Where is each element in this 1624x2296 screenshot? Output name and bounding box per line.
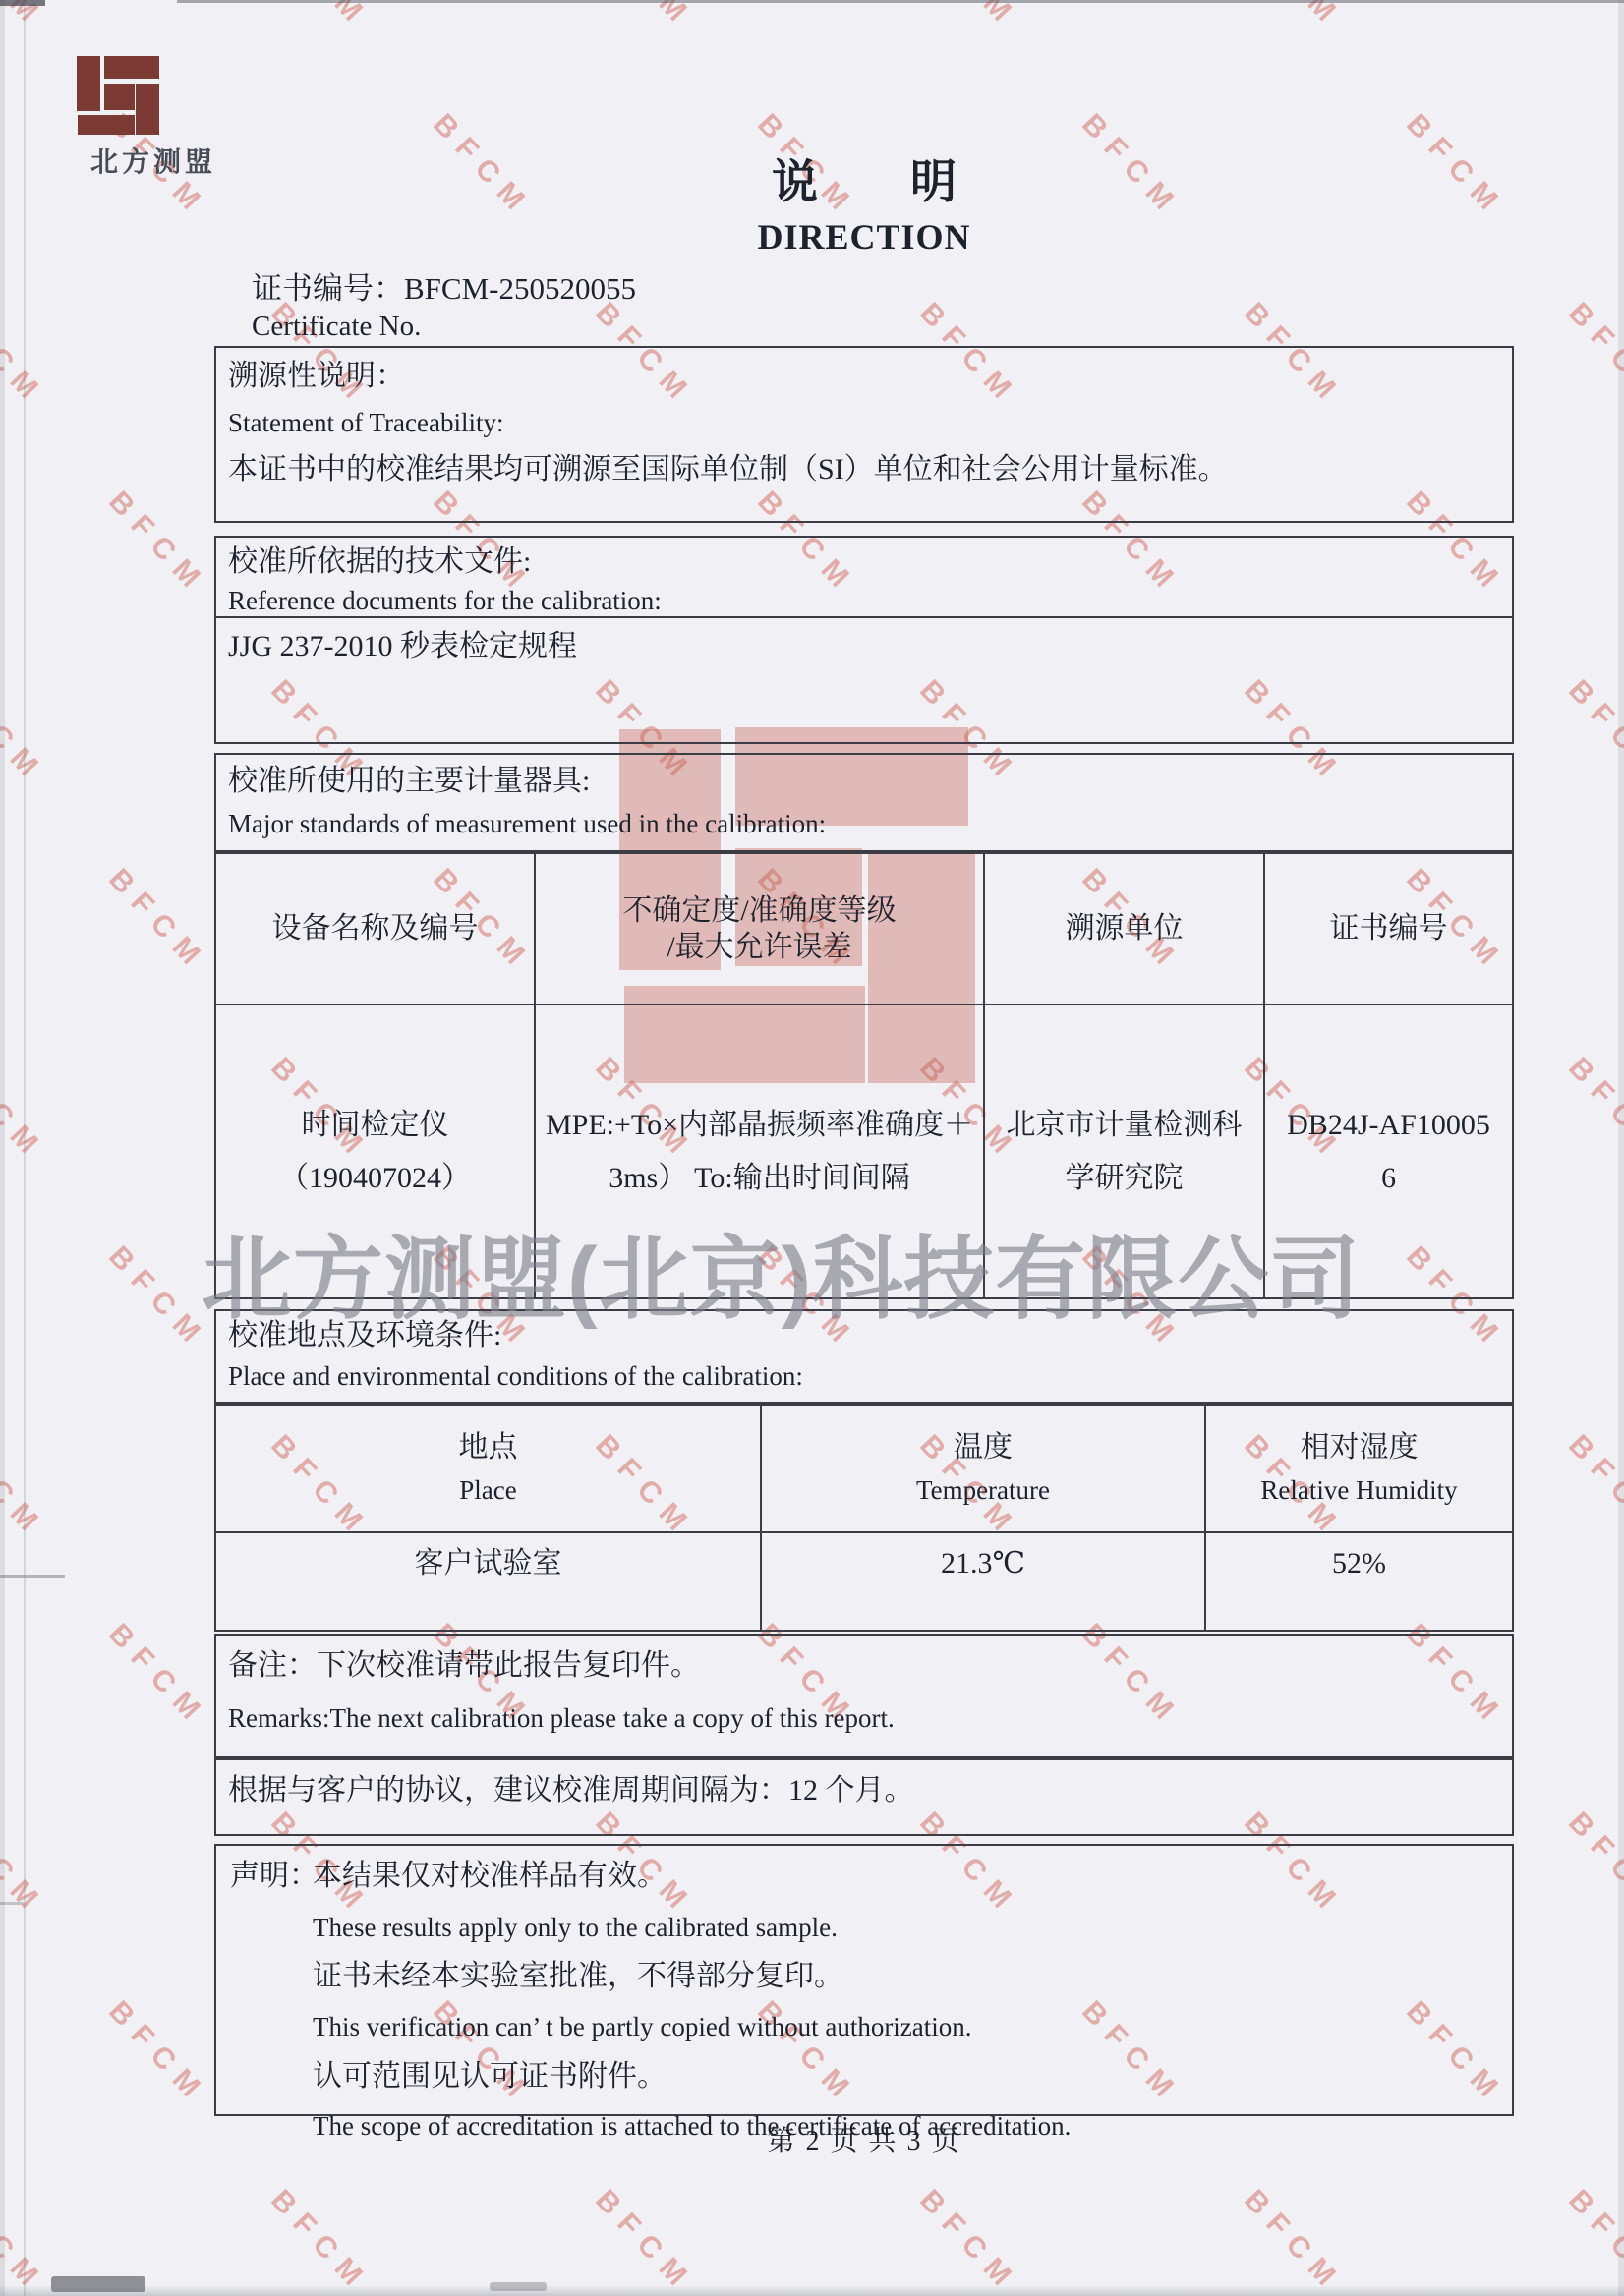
bfcm-stamp-watermark: BFCM xyxy=(1561,1429,1624,1546)
standards-table-header-row: 设备名称及编号 不确定度/准确度等级 /最大允许误差 溯源单位 证书编号 xyxy=(216,854,1512,1005)
agreement-line: 根据与客户的协议，建议校准周期间隔为：12 个月。 xyxy=(228,1772,1500,1809)
table-cell: 21.3℃ xyxy=(762,1533,1206,1632)
environment-header-cell: 地点 Place xyxy=(216,1406,762,1531)
scan-edge-artifact xyxy=(0,1575,65,1578)
bfcm-stamp-watermark: BFCM xyxy=(0,1807,51,1923)
reference-label-zh: 校准所依据的技术文件: xyxy=(228,544,1500,581)
reference-doc-box: JJG 237-2010 秒表检定规程 xyxy=(214,616,1514,744)
bfcm-stamp-watermark: BFCM xyxy=(101,1240,213,1357)
logo-mark-icon xyxy=(136,84,159,135)
bfcm-stamp-watermark: BFCM xyxy=(0,297,51,414)
bfcm-stamp-watermark: BFCM xyxy=(0,1052,51,1169)
bfcm-stamp-watermark: BFCM xyxy=(1237,0,1349,35)
traceability-section: 溯源性说明： Statement of Traceability: 本证书中的校… xyxy=(214,346,1514,523)
logo-mark-icon xyxy=(77,56,100,111)
bfcm-stamp-watermark: BFCM xyxy=(0,674,51,791)
bfcm-stamp-watermark: BFCM xyxy=(0,1429,51,1546)
declaration-section: 声明： 本结果仅对校准样品有效。 These results apply onl… xyxy=(214,1844,1514,2116)
scan-edge-artifact xyxy=(24,0,26,2296)
scan-edge-artifact xyxy=(177,0,1624,3)
standards-header-cell: 不确定度/准确度等级 /最大允许误差 xyxy=(536,854,985,1004)
bfcm-stamp-watermark: BFCM xyxy=(1561,297,1624,414)
bfcm-stamp-watermark: BFCM xyxy=(912,0,1024,35)
reference-label-en: Reference documents for the calibration: xyxy=(228,585,1500,618)
bfcm-stamp-watermark: BFCM xyxy=(101,1995,213,2112)
page-title: 说 明 xyxy=(214,145,1514,211)
reference-section: 校准所依据的技术文件: Reference documents for the … xyxy=(214,536,1514,618)
environment-table: 地点 Place 温度 Temperature 相对湿度 Relative Hu… xyxy=(214,1404,1514,1632)
declaration-label: 声明： xyxy=(230,1858,319,1895)
certificate-number-label-en: Certificate No. xyxy=(252,311,421,343)
declaration-line: This verification can’ t be partly copie… xyxy=(313,2011,1512,2044)
certificate-number-line: 证书编号：BFCM-250520055 xyxy=(252,263,636,308)
bfcm-stamp-watermark: BFCM xyxy=(1561,0,1624,35)
logo-company-name: 北方测盟 xyxy=(90,141,216,180)
standards-header-cell: 证书编号 xyxy=(1265,854,1512,1004)
bfcm-stamp-watermark: BFCM xyxy=(101,1618,213,1735)
page-number: 第 2 页 共 3 页 xyxy=(214,2119,1514,2158)
bfcm-stamp-watermark: BFCM xyxy=(101,486,213,603)
traceability-body: 本证书中的校准结果均可溯源至国际单位制（SI）单位和社会公用计量标准。 xyxy=(228,451,1500,488)
declaration-line: 本结果仅对校准样品有效。 xyxy=(313,1858,1512,1895)
standards-label-zh: 校准所使用的主要计量器具: xyxy=(228,763,1500,800)
scan-edge-artifact xyxy=(51,2276,145,2292)
bfcm-stamp-watermark: BFCM xyxy=(1561,2184,1624,2296)
environment-header-cell: 温度 Temperature xyxy=(762,1406,1206,1531)
scan-edge-artifact xyxy=(0,0,5,2296)
scan-edge-artifact xyxy=(0,2286,1624,2296)
scan-edge-artifact xyxy=(1618,0,1624,2296)
agreement-section: 根据与客户的协议，建议校准周期间隔为：12 个月。 xyxy=(214,1758,1514,1836)
bfcm-stamp-watermark: BFCM xyxy=(1561,1052,1624,1169)
scan-edge-artifact xyxy=(0,0,45,6)
declaration-line: 证书未经本实验室批准，不得部分复印。 xyxy=(313,1958,1512,1995)
logo-mark-icon xyxy=(104,56,159,79)
environment-table-row: 客户试验室 21.3℃ 52% xyxy=(216,1533,1512,1632)
traceability-label-zh: 溯源性说明： xyxy=(228,358,1500,395)
bfcm-stamp-watermark: BFCM xyxy=(263,2184,376,2296)
table-cell: 52% xyxy=(1206,1533,1512,1632)
environment-label-en: Place and environmental conditions of th… xyxy=(228,1360,1500,1394)
remarks-line-en: Remarks:The next calibration please take… xyxy=(228,1702,1500,1736)
calibration-certificate-page: BFCMBFCMBFCMBFCMBFCMBFCMBFCMBFCMBFCMBFCM… xyxy=(0,0,1624,2296)
standards-header-cell: 设备名称及编号 xyxy=(216,854,536,1004)
traceability-label-en: Statement of Traceability: xyxy=(228,407,1500,440)
logo-mark-icon xyxy=(78,115,135,135)
bfcm-stamp-watermark: BFCM xyxy=(0,0,51,35)
bfcm-stamp-watermark: BFCM xyxy=(0,2184,51,2296)
bfcm-stamp-watermark: BFCM xyxy=(263,0,376,35)
reference-doc: JJG 237-2010 秒表检定规程 xyxy=(228,628,1500,665)
environment-table-header-row: 地点 Place 温度 Temperature 相对湿度 Relative Hu… xyxy=(216,1406,1512,1533)
scan-edge-artifact xyxy=(490,2282,547,2291)
bfcm-stamp-watermark: BFCM xyxy=(912,2184,1024,2296)
standards-label-en: Major standards of measurement used in t… xyxy=(228,808,1500,841)
bfcm-stamp-watermark: BFCM xyxy=(1561,1807,1624,1923)
environment-header-cell: 相对湿度 Relative Humidity xyxy=(1206,1406,1512,1531)
standards-section: 校准所使用的主要计量器具: Major standards of measure… xyxy=(214,753,1514,852)
bfcm-stamp-watermark: BFCM xyxy=(1561,674,1624,791)
standards-header-cell: 溯源单位 xyxy=(985,854,1265,1004)
declaration-line: These results apply only to the calibrat… xyxy=(313,1912,1512,1945)
logo-mark-icon xyxy=(104,84,135,110)
page-title-en: DIRECTION xyxy=(214,216,1514,258)
declaration-line: 认可范围见认可证书附件。 xyxy=(313,2058,1512,2095)
scan-edge-artifact xyxy=(0,1902,24,1905)
bfcm-stamp-watermark: BFCM xyxy=(588,0,700,35)
company-name-watermark: 北方测盟(北京)科技有限公司 xyxy=(202,1207,1361,1337)
bfcm-stamp-watermark: BFCM xyxy=(101,863,213,980)
bfcm-stamp-watermark: BFCM xyxy=(588,2184,700,2296)
remarks-section: 备注：下次校准请带此报告复印件。 Remarks:The next calibr… xyxy=(214,1634,1514,1758)
remarks-line-zh: 备注：下次校准请带此报告复印件。 xyxy=(228,1647,1500,1685)
bfcm-stamp-watermark: BFCM xyxy=(1237,2184,1349,2296)
table-cell: 客户试验室 xyxy=(216,1533,762,1632)
